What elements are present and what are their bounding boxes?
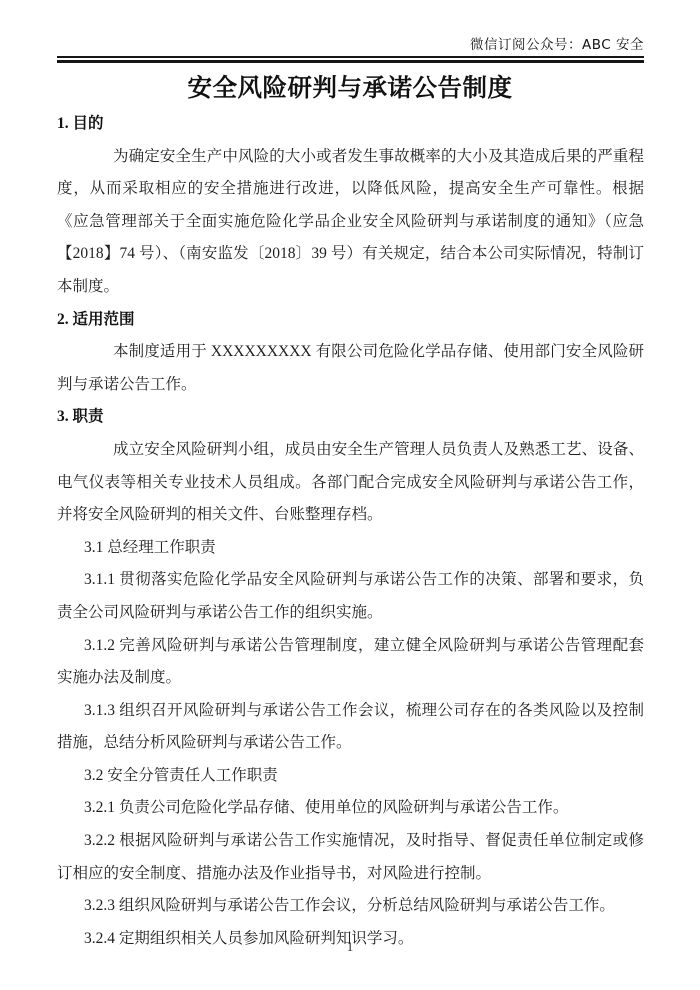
- subheading-3-1-general-manager-duties: 3.1 总经理工作职责: [57, 532, 644, 565]
- item-3-1-3: 3.1.3 组织召开风险研判与承诺公告工作会议，梳理公司存在的各类风险以及控制措…: [57, 695, 644, 760]
- header-double-rule: [57, 56, 644, 63]
- page-number: 1: [0, 939, 700, 955]
- wechat-account-label: 微信订阅公众号：ABC 安全: [57, 33, 644, 53]
- paragraph-responsibilities-intro: 成立安全风险研判小组，成员由安全生产管理人员负责人及熟悉工艺、设备、电气仪表等相…: [57, 434, 644, 532]
- section-heading-scope: 2. 适用范围: [57, 304, 644, 337]
- section-heading-responsibilities: 3. 职责: [57, 401, 644, 434]
- item-3-1-2: 3.1.2 完善风险研判与承诺公告管理制度，建立健全风险研判与承诺公告管理配套实…: [57, 630, 644, 695]
- paragraph-scope: 本制度适用于 XXXXXXXXX 有限公司危险化学品存储、使用部门安全风险研判与…: [57, 336, 644, 401]
- subheading-3-2-safety-supervisor-duties: 3.2 安全分管责任人工作职责: [57, 760, 644, 793]
- document-title: 安全风险研判与承诺公告制度: [0, 69, 700, 104]
- item-3-2-1: 3.2.1 负责公司危险化学品存储、使用单位的风险研判与承诺公告工作。: [57, 792, 644, 825]
- section-heading-purpose: 1. 目的: [57, 108, 644, 141]
- item-3-1-1: 3.1.1 贯彻落实危险化学品安全风险研判与承诺公告工作的决策、部署和要求，负责…: [57, 564, 644, 629]
- paragraph-purpose: 为确定安全生产中风险的大小或者发生事故概率的大小及其造成后果的严重程度，从而采取…: [57, 141, 644, 304]
- document-body: 1. 目的 为确定安全生产中风险的大小或者发生事故概率的大小及其造成后果的严重程…: [57, 108, 644, 955]
- item-3-2-3: 3.2.3 组织风险研判与承诺公告工作会议，分析总结风险研判与承诺公告工作。: [57, 890, 644, 923]
- document-page: 微信订阅公众号：ABC 安全 安全风险研判与承诺公告制度 1. 目的 为确定安全…: [0, 0, 700, 990]
- item-3-2-2: 3.2.2 根据风险研判与承诺公告工作实施情况，及时指导、督促责任单位制定或修订…: [57, 825, 644, 890]
